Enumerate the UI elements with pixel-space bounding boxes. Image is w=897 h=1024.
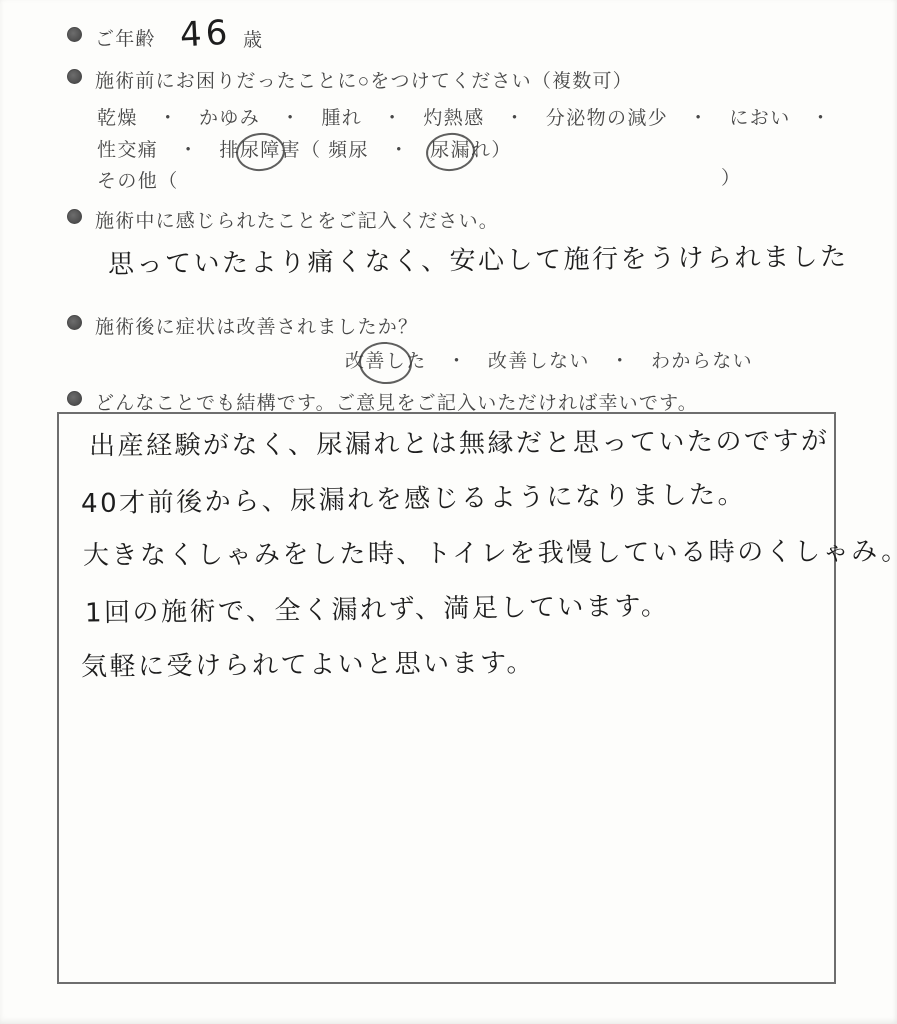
pre-options-row2-text: 性交痛 ・ 排: [97, 140, 240, 161]
comment-line: 出産経験がなく、尿漏れとは無縁だと思っていたのですが: [89, 425, 814, 462]
comment-box: 出産経験がなく、尿漏れとは無縁だと思っていたのですが 40才前後から、尿漏れを感…: [57, 412, 836, 984]
other-close-paren: ）: [721, 163, 740, 190]
circled-option-text: 善し: [365, 351, 406, 372]
bullet-icon: [67, 27, 82, 42]
during-answer-handwritten: 思っていたより痛くなく、安心して施行をうけられました: [108, 236, 849, 281]
question-during: 施術中に感じられたことをご記入ください。: [67, 206, 499, 233]
bullet-icon: [67, 69, 82, 84]
question-during-label: 施術中に感じられたことをご記入ください。: [95, 206, 499, 233]
after-option-text: た ・ 改善しない ・ わからない: [406, 351, 753, 372]
questionnaire-scan: ご年齢 46 歳 施術前にお困りだったことに○をつけてください（複数可） 乾燥 …: [0, 0, 897, 1024]
question-age-label: ご年齢: [95, 24, 156, 51]
comment-line: 40才前後から、尿漏れを感じるようになりました。: [81, 478, 814, 520]
comment-line: 気軽に受けられてよいと思います。: [81, 645, 814, 683]
question-pre-treatment-label: 施術前にお困りだったことに○をつけてください（複数可）: [95, 66, 633, 93]
after-options: 改善した ・ 改善しない ・ わからない: [345, 346, 753, 373]
question-comment: どんなことでも結構です。ご意見をご記入いただければ幸いです。: [67, 388, 698, 415]
circle-mark-kaizenshita: 善し: [365, 346, 406, 373]
age-value-handwritten: 46: [179, 13, 232, 56]
bullet-icon: [67, 391, 82, 406]
question-pre-treatment: 施術前にお困りだったことに○をつけてください（複数可）: [67, 66, 633, 93]
pre-options-row2: 性交痛 ・ 排尿障害（ 頻尿 ・ 尿漏れ）: [97, 135, 512, 162]
bullet-icon: [67, 315, 82, 330]
comment-line: 大きなくしゃみをした時、トイレを我慢している時のくしゃみ。: [83, 536, 814, 572]
question-after-label: 施術後に症状は改善されましたか？: [95, 312, 418, 339]
circle-mark-nyomore: 尿漏: [430, 135, 471, 162]
age-unit-label: 歳: [243, 25, 263, 52]
circled-option-text: 尿障: [240, 140, 281, 161]
pre-option-other-label: その他（: [97, 166, 179, 193]
question-comment-label: どんなことでも結構です。ご意見をご記入いただければ幸いです。: [95, 388, 698, 415]
circle-mark-hainyoshogai: 尿障: [240, 135, 281, 162]
pre-options-row1: 乾燥 ・ かゆみ ・ 腫れ ・ 灼熱感 ・ 分泌物の減少 ・ におい ・: [97, 103, 831, 130]
question-after: 施術後に症状は改善されましたか？: [67, 312, 418, 339]
pre-options-row2-text: れ）: [471, 140, 512, 161]
bullet-icon: [67, 209, 82, 224]
pre-options-row2-text: 害（ 頻尿 ・: [281, 140, 430, 161]
comment-line: 1回の施術で、全く漏れず、満足しています。: [85, 589, 814, 630]
after-option-text: 改: [345, 351, 365, 372]
question-age: ご年齢: [67, 24, 156, 51]
circled-option-text: 尿漏: [430, 140, 471, 161]
